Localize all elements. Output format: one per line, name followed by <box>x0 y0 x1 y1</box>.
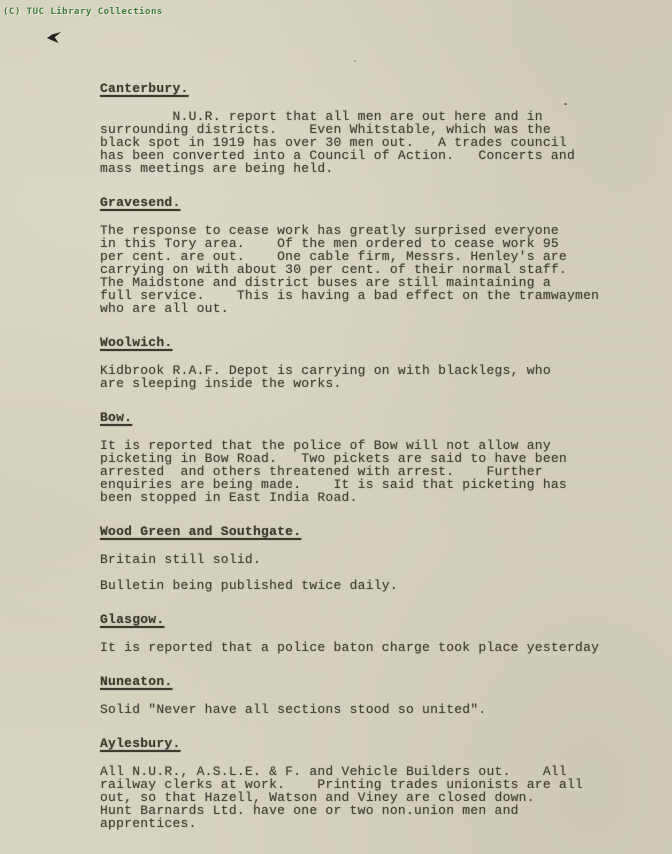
section-heading-gravesend: Gravesend. <box>100 196 646 209</box>
section-woolwich: Woolwich. Kidbrook R.A.F. Depot is carry… <box>100 336 646 390</box>
ink-smudge-mark <box>47 32 61 43</box>
section-bow: Bow. It is reported that the police of B… <box>100 411 646 504</box>
paper-speck <box>354 60 356 62</box>
copyright-watermark: (C) TUC Library Collections <box>3 7 163 17</box>
section-heading-bow: Bow. <box>100 411 646 424</box>
section-heading-nuneaton: Nuneaton. <box>100 675 646 688</box>
section-body-canterbury: N.U.R. report that all men are out here … <box>100 110 646 175</box>
section-body-woolwich: Kidbrook R.A.F. Depot is carrying on wit… <box>100 364 646 390</box>
section-heading-woolwich: Woolwich. <box>100 336 646 349</box>
section-body-gravesend: The response to cease work has greatly s… <box>100 224 646 315</box>
section-canterbury: Canterbury. N.U.R. report that all men a… <box>100 82 646 175</box>
section-aylesbury: Aylesbury. All N.U.R., A.S.L.E. & F. and… <box>100 737 646 830</box>
section-nuneaton: Nuneaton. Solid "Never have all sections… <box>100 675 646 716</box>
section-body-glasgow: It is reported that a police baton charg… <box>100 641 646 654</box>
section-body-bow: It is reported that the police of Bow wi… <box>100 439 646 504</box>
section-heading-aylesbury: Aylesbury. <box>100 737 646 750</box>
section-body-aylesbury: All N.U.R., A.S.L.E. & F. and Vehicle Bu… <box>100 765 646 830</box>
section-heading-canterbury: Canterbury. <box>100 82 646 95</box>
section-wood-green-and-southgate: Wood Green and Southgate. Britain still … <box>100 525 646 592</box>
section-heading-wood-green: Wood Green and Southgate. <box>100 525 646 538</box>
section-heading-glasgow: Glasgow. <box>100 613 646 626</box>
section-glasgow: Glasgow. It is reported that a police ba… <box>100 613 646 654</box>
section-gravesend: Gravesend. The response to cease work ha… <box>100 196 646 315</box>
document-content: Canterbury. N.U.R. report that all men a… <box>100 82 646 851</box>
section-body-wood-green: Britain still solid. Bulletin being publ… <box>100 553 646 592</box>
scanned-document-page: (C) TUC Library Collections Canterbury. … <box>0 0 672 854</box>
section-body-nuneaton: Solid "Never have all sections stood so … <box>100 703 646 716</box>
